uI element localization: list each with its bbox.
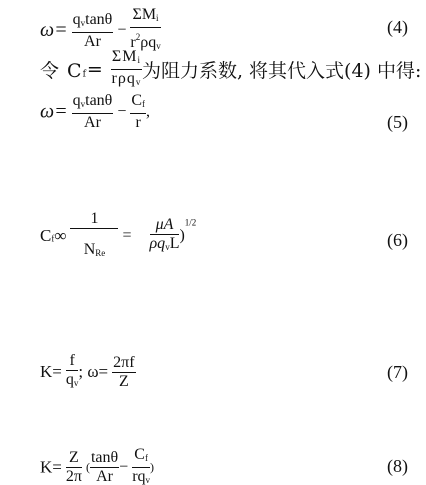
equation-number-8: (8): [387, 456, 408, 477]
equation-number-6: (6): [387, 230, 408, 251]
eq4-term1: qvtanθ Ar: [72, 11, 114, 51]
equation-number-5: (5): [387, 112, 408, 133]
equation-8: K= Z 2π ( tanθ Ar − Cf rqv ): [40, 446, 154, 485]
equation-7: K= f qv ; ω= 2πf Z: [40, 352, 136, 392]
cf-definition-line: 令 Cf= ΣMi rρqv 为阻力系数, 将其代入式(4) 中得:: [40, 48, 421, 91]
eq4-lhs: ω=: [40, 19, 68, 41]
equation-number-7: (7): [387, 362, 408, 383]
equation-6: Cf∞ 1 NRe = μA ρqvL )1/2: [40, 210, 196, 262]
equation-5: ω= qvtanθ Ar − Cf r ,: [40, 92, 150, 132]
cf-fraction: ΣMi rρqv: [111, 48, 142, 91]
equation-number-4: (4): [387, 17, 408, 38]
